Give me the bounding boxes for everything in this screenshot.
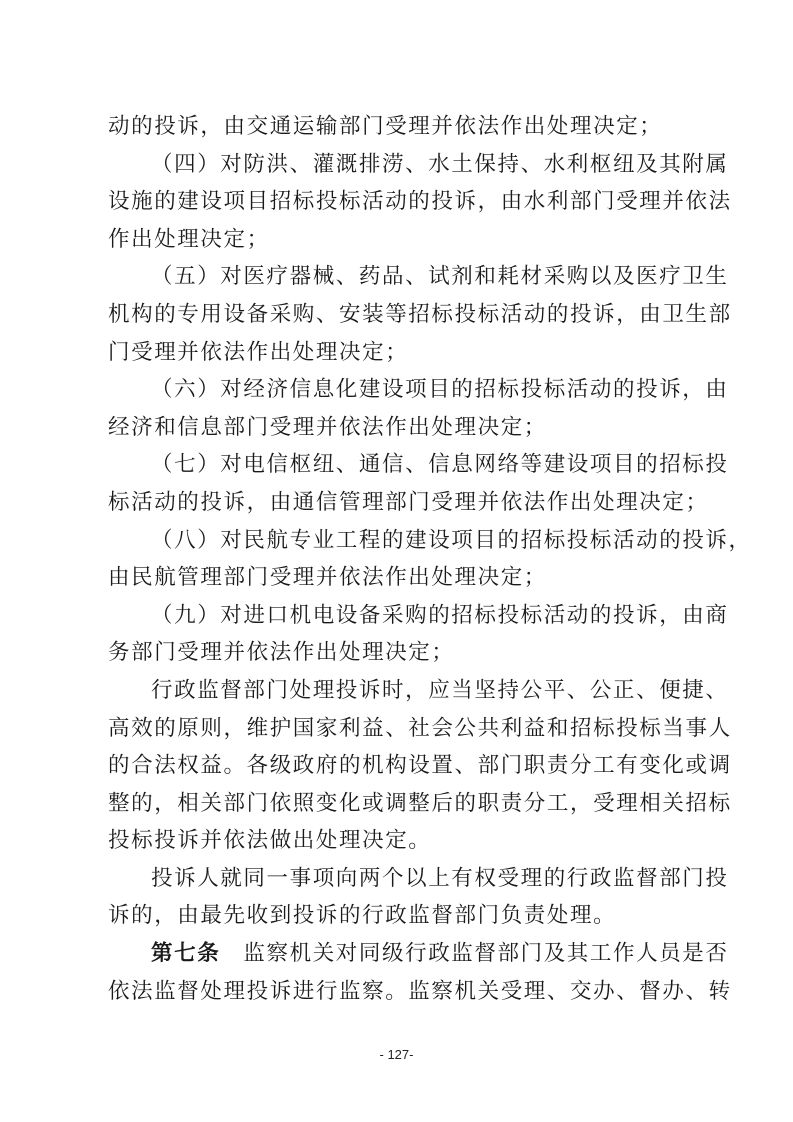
text-line: 务部门受理并依法作出处理决定；	[108, 634, 692, 672]
text-line: （八）对民航专业工程的建设项目的招标投标活动的投诉，	[108, 522, 692, 560]
article-text: 监察机关对同级行政监督部门及其工作人员是否	[243, 941, 728, 966]
text-line: 投标投诉并依法做出处理决定。	[108, 822, 692, 860]
text-line: 行政监督部门处理投诉时，应当坚持公平、公正、便捷、	[108, 672, 692, 710]
text-line: 设施的建设项目招标投标活动的投诉，由水利部门受理并依法	[108, 183, 692, 221]
text-line: （七）对电信枢纽、通信、信息网络等建设项目的招标投	[108, 446, 692, 484]
text-line: （六）对经济信息化建设项目的招标投标活动的投诉，由	[108, 371, 692, 409]
text-line: 的合法权益。各级政府的机构设置、部门职责分工有变化或调	[108, 747, 692, 785]
page-number: - 127-	[0, 1047, 793, 1062]
text-line: 经济和信息部门受理并依法作出处理决定；	[108, 409, 692, 447]
text-line: 整的，相关部门依照变化或调整后的职责分工，受理相关招标	[108, 785, 692, 823]
article-heading-line: 第七条 监察机关对同级行政监督部门及其工作人员是否	[108, 935, 692, 973]
text-line: 作出处理决定；	[108, 221, 692, 259]
text-line: （四）对防洪、灌溉排涝、水土保持、水利枢纽及其附属	[108, 146, 692, 184]
article-number: 第七条	[151, 941, 243, 966]
text-line: 机构的专用设备采购、安装等招标投标活动的投诉，由卫生部	[108, 296, 692, 334]
text-line: 高效的原则，维护国家利益、社会公共利益和招标投标当事人	[108, 710, 692, 748]
document-page: 动的投诉，由交通运输部门受理并依法作出处理决定； （四）对防洪、灌溉排涝、水土保…	[108, 108, 692, 1010]
text-line: 动的投诉，由交通运输部门受理并依法作出处理决定；	[108, 108, 692, 146]
text-line: 由民航管理部门受理并依法作出处理决定；	[108, 559, 692, 597]
text-line: 门受理并依法作出处理决定；	[108, 334, 692, 372]
text-line: （五）对医疗器械、药品、试剂和耗材采购以及医疗卫生	[108, 258, 692, 296]
text-line: 诉的，由最先收到投诉的行政监督部门负责处理。	[108, 897, 692, 935]
text-line: 依法监督处理投诉进行监察。监察机关受理、交办、督办、转	[108, 973, 692, 1011]
text-line: 标活动的投诉，由通信管理部门受理并依法作出处理决定；	[108, 484, 692, 522]
text-line: （九）对进口机电设备采购的招标投标活动的投诉，由商	[108, 597, 692, 635]
text-line: 投诉人就同一事项向两个以上有权受理的行政监督部门投	[108, 860, 692, 898]
